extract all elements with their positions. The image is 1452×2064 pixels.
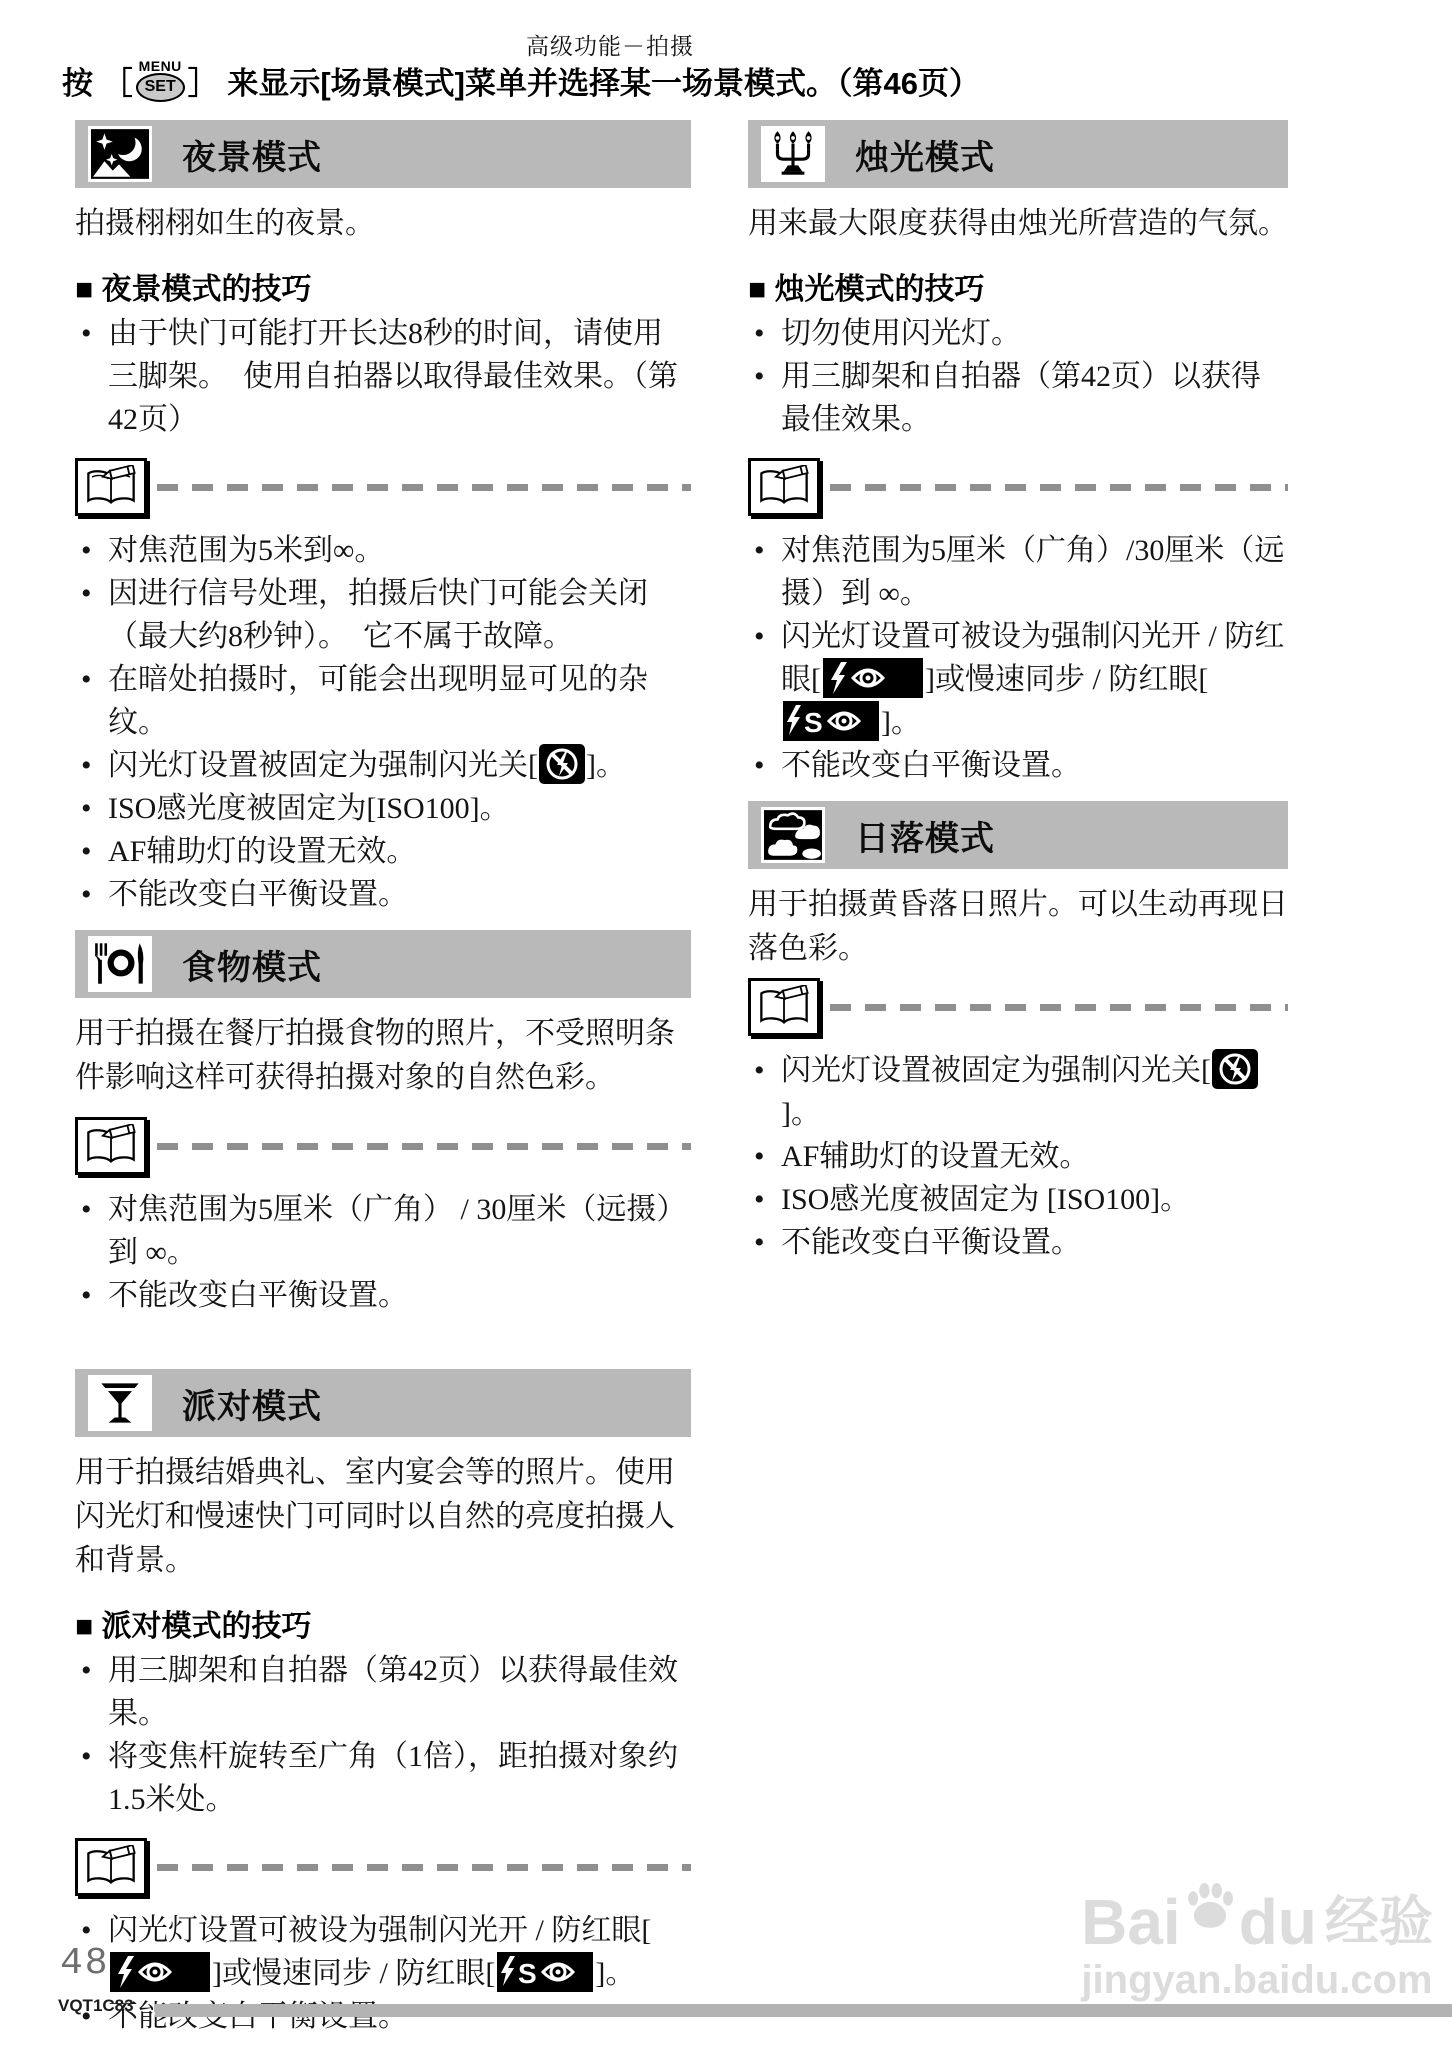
dashed-divider-line xyxy=(830,1004,1288,1011)
svg-text:S: S xyxy=(518,1958,537,1989)
candle-tips-list: 切勿使用闪光灯。 用三脚架和自拍器（第42页）以获得最佳效果。 xyxy=(748,312,1288,441)
list-item: AF辅助灯的设置无效。 xyxy=(748,1135,1288,1178)
instruction-post: ］ 来显示[场景模式]菜单并选择某一场景模式。（第46页） xyxy=(188,58,980,103)
menu-set-button: MENU SET xyxy=(136,59,185,102)
list-item: 闪光灯设置可被设为强制闪光开 / 防红眼[]或慢速同步 / 防红眼[S]。 xyxy=(75,1909,691,1995)
dashed-divider-line xyxy=(157,484,691,491)
instruction-line: 按 ［ MENU SET ］ 来显示[场景模式]菜单并选择某一场景模式。（第46… xyxy=(62,58,1222,103)
party-notes-list: 闪光灯设置可被设为强制闪光开 / 防红眼[]或慢速同步 / 防红眼[S]。 不能… xyxy=(75,1909,691,2038)
paw-icon xyxy=(1183,1876,1237,1940)
list-item: AF辅助灯的设置无效。 xyxy=(75,830,691,873)
note-divider xyxy=(75,455,691,519)
left-column: 夜景模式 拍摄栩栩如生的夜景。 ■ 夜景模式的技巧 由于快门可能打开长达8秒的时… xyxy=(75,120,691,2052)
list-item: 切勿使用闪光灯。 xyxy=(748,312,1288,355)
section-party-mode: 派对模式 用于拍摄结婚典礼、室内宴会等的照片。使用闪光灯和慢速快门可同时以自然的… xyxy=(75,1369,691,2038)
sunset-mode-title: 日落模式 xyxy=(855,811,995,860)
footer-bar xyxy=(155,2004,1452,2017)
note-text: ]。 xyxy=(586,749,626,782)
notebook-pencil-icon xyxy=(75,1838,147,1896)
note-text: ]或慢速同步 / 防红眼[ xyxy=(212,1957,495,1990)
note-text: ]。 xyxy=(781,1097,821,1130)
list-item: 对焦范围为5厘米（广角）/30厘米（远摄）到 ∞。 xyxy=(748,529,1288,615)
night-tips-title: ■ 夜景模式的技巧 xyxy=(75,264,691,308)
baidu-logo: Bai du 经验 xyxy=(1062,1876,1452,1954)
notebook-pencil-icon xyxy=(75,1117,147,1175)
candle-mode-title: 烛光模式 xyxy=(855,130,995,179)
flash-slowsync-redeye-icon: S xyxy=(781,701,881,741)
notebook-pencil-icon xyxy=(75,458,147,516)
dashed-divider-line xyxy=(157,1864,691,1871)
food-mode-header: 食物模式 xyxy=(75,930,691,998)
document-code: VQT1C83 xyxy=(58,1996,134,2016)
note-text: 闪光灯设置被固定为强制闪光关[ xyxy=(781,1054,1211,1087)
list-item: 闪光灯设置被固定为强制闪光关[]。 xyxy=(75,744,691,787)
flash-forced-off-icon xyxy=(538,744,586,784)
sunset-mode-desc: 用于拍摄黄昏落日照片。可以生动再现日落色彩。 xyxy=(748,883,1288,971)
night-tips-list: 由于快门可能打开长达8秒的时间，请使用三脚架。 使用自拍器以取得最佳效果。（第4… xyxy=(75,312,691,441)
section-night-mode: 夜景模式 拍摄栩栩如生的夜景。 ■ 夜景模式的技巧 由于快门可能打开长达8秒的时… xyxy=(75,120,691,916)
candle-mode-desc: 用来最大限度获得由烛光所营造的气氛。 xyxy=(748,202,1288,246)
page-title: 高级功能－拍摄 xyxy=(0,28,1220,61)
party-icon xyxy=(88,1375,152,1431)
note-text: 闪光灯设置被固定为强制闪光关[ xyxy=(108,749,538,782)
food-icon xyxy=(88,936,152,992)
list-item: 用三脚架和自拍器（第42页）以获得最佳效果。 xyxy=(748,355,1288,441)
food-notes-list: 对焦范围为5厘米（广角） / 30厘米（远摄）到 ∞。 不能改变白平衡设置。 xyxy=(75,1188,691,1317)
dashed-divider-line xyxy=(830,484,1288,491)
note-text: ]。 xyxy=(595,1957,635,1990)
section-food-mode: 食物模式 用于拍摄在餐厅拍摄食物的照片，不受照明条件影响这样可获得拍摄对象的自然… xyxy=(75,930,691,1317)
right-column: 烛光模式 用来最大限度获得由烛光所营造的气氛。 ■ 烛光模式的技巧 切勿使用闪光… xyxy=(748,120,1288,1278)
notebook-pencil-icon xyxy=(748,458,820,516)
flash-redeye-icon xyxy=(108,1952,212,1992)
list-item: 不能改变白平衡设置。 xyxy=(75,873,691,916)
list-item: 对焦范围为5米到∞。 xyxy=(75,529,691,572)
night-mode-header: 夜景模式 xyxy=(75,120,691,188)
sunset-mode-header: 日落模式 xyxy=(748,801,1288,869)
night-notes-list: 对焦范围为5米到∞。 因进行信号处理，拍摄后快门可能会关闭（最大约8秒钟）。 它… xyxy=(75,529,691,916)
candle-light-icon xyxy=(761,126,825,182)
flash-redeye-icon xyxy=(821,658,925,698)
baidu-text-du: du xyxy=(1239,1890,1317,1954)
list-item: 不能改变白平衡设置。 xyxy=(75,1274,691,1317)
menu-label: MENU xyxy=(139,59,182,73)
notebook-pencil-icon xyxy=(748,978,820,1036)
candle-notes-list: 对焦范围为5厘米（广角）/30厘米（远摄）到 ∞。 闪光灯设置可被设为强制闪光开… xyxy=(748,529,1288,787)
baidu-jingyan-url: jingyan.baidu.com xyxy=(1062,1958,1452,2002)
dashed-divider-line xyxy=(157,1143,691,1150)
list-item: ISO感光度被固定为[ISO100]。 xyxy=(75,787,691,830)
food-mode-title: 食物模式 xyxy=(182,940,322,989)
party-mode-header: 派对模式 xyxy=(75,1369,691,1437)
list-item: 闪光灯设置被固定为强制闪光关[]。 xyxy=(748,1049,1288,1135)
note-divider xyxy=(748,455,1288,519)
list-item: 将变焦杆旋转至广角（1倍），距拍摄对象约1.5米处。 xyxy=(75,1735,691,1821)
night-mode-desc: 拍摄栩栩如生的夜景。 xyxy=(75,202,691,246)
party-mode-desc: 用于拍摄结婚典礼、室内宴会等的照片。使用闪光灯和慢速快门可同时以自然的亮度拍摄人… xyxy=(75,1451,691,1583)
night-mode-title: 夜景模式 xyxy=(182,130,322,179)
note-text: ]。 xyxy=(881,706,921,739)
list-item: 由于快门可能打开长达8秒的时间，请使用三脚架。 使用自拍器以取得最佳效果。（第4… xyxy=(75,312,691,441)
list-item: 不能改变白平衡设置。 xyxy=(748,744,1288,787)
sunset-icon xyxy=(761,807,825,863)
list-item: 闪光灯设置可被设为强制闪光开 / 防红眼[]或慢速同步 / 防红眼[S]。 xyxy=(748,615,1288,744)
night-scenery-icon xyxy=(88,126,152,182)
sunset-notes-list: 闪光灯设置被固定为强制闪光关[]。 AF辅助灯的设置无效。 ISO感光度被固定为… xyxy=(748,1049,1288,1264)
page-number: 48 xyxy=(60,1942,110,1985)
baidu-watermark: Bai du 经验 jingyan.baidu.com xyxy=(1062,1876,1452,2002)
party-tips-list: 用三脚架和自拍器（第42页）以获得最佳效果。 将变焦杆旋转至广角（1倍），距拍摄… xyxy=(75,1649,691,1821)
baidu-text-bai: Bai xyxy=(1081,1890,1181,1954)
section-sunset-mode: 日落模式 用于拍摄黄昏落日照片。可以生动再现日落色彩。 闪光灯设置被固定为强制 xyxy=(748,801,1288,1264)
note-divider xyxy=(748,975,1288,1039)
flash-slowsync-redeye-icon: S xyxy=(495,1952,595,1992)
note-divider xyxy=(75,1114,691,1178)
baidu-jingyan-cn: 经验 xyxy=(1325,1890,1433,1954)
note-text: 闪光灯设置可被设为强制闪光开 / 防红眼[ xyxy=(108,1914,651,1947)
svg-text:S: S xyxy=(804,707,823,738)
list-item: 用三脚架和自拍器（第42页）以获得最佳效果。 xyxy=(75,1649,691,1735)
section-candle-mode: 烛光模式 用来最大限度获得由烛光所营造的气氛。 ■ 烛光模式的技巧 切勿使用闪光… xyxy=(748,120,1288,787)
list-item: 在暗处拍摄时，可能会出现明显可见的杂纹。 xyxy=(75,658,691,744)
flash-forced-off-icon xyxy=(1211,1049,1259,1089)
food-mode-desc: 用于拍摄在餐厅拍摄食物的照片，不受照明条件影响这样可获得拍摄对象的自然色彩。 xyxy=(75,1012,691,1100)
candle-tips-title: ■ 烛光模式的技巧 xyxy=(748,264,1288,308)
list-item: ISO感光度被固定为 [ISO100]。 xyxy=(748,1178,1288,1221)
list-item: 对焦范围为5厘米（广角） / 30厘米（远摄）到 ∞。 xyxy=(75,1188,691,1274)
set-button: SET xyxy=(136,73,185,102)
list-item: 因进行信号处理，拍摄后快门可能会关闭（最大约8秒钟）。 它不属于故障。 xyxy=(75,572,691,658)
note-text: ]或慢速同步 / 防红眼[ xyxy=(925,663,1208,696)
candle-mode-header: 烛光模式 xyxy=(748,120,1288,188)
party-tips-title: ■ 派对模式的技巧 xyxy=(75,1601,691,1645)
instruction-pre: 按 ［ xyxy=(62,58,133,103)
party-mode-title: 派对模式 xyxy=(182,1379,322,1428)
list-item: 不能改变白平衡设置。 xyxy=(748,1221,1288,1264)
note-divider xyxy=(75,1835,691,1899)
